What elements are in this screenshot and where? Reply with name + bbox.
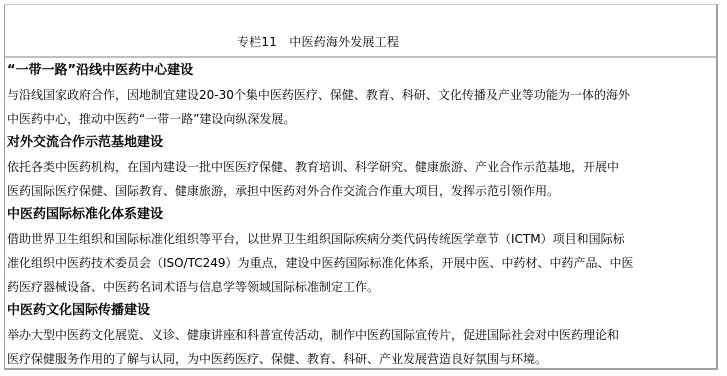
paragraph-line: 举办大型中医药文化展览、义诊、健康讲座和科普宣传活动，制作中医药国际宣传片，促进… (7, 323, 712, 347)
section-belt-and-road-centers: “一带一路”沿线中医药中心建设 与沿线国家政府合作，因地制宜建设20-30个集中… (7, 59, 712, 131)
column-body: “一带一路”沿线中医药中心建设 与沿线国家政府合作，因地制宜建设20-30个集中… (7, 59, 712, 371)
paragraph-line: 中医药中心，推动中医药“一带一路”建设向纵深发展。 (7, 107, 712, 131)
paragraph-line: 准化组织中医药技术委员会（ISO/TC249）为重点，建设中医药国际标准化体系，… (7, 251, 712, 275)
paragraph-line: 与沿线国家政府合作，因地制宜建设20-30个集中医药医疗、保健、教育、科研、文化… (7, 83, 712, 107)
paragraph-line: 医药国际医疗保健、国际教育、健康旅游，承担中医药对外合作交流合作重大项目，发挥示… (7, 179, 712, 203)
paragraph-line: 依托各类中医药机构，在国内建设一批中医医疗保健、教育培训、科学研究、健康旅游、产… (7, 155, 712, 179)
paragraph-line: 药医疗器械设备、中医药名词术语与信息学等领域国际标准制定工作。 (7, 275, 712, 299)
section-title: 中医药国际标准化体系建设 (7, 203, 712, 227)
section-title: “一带一路”沿线中医药中心建设 (7, 59, 712, 83)
column-title: 专栏11 中医药海外发展工程 (237, 35, 399, 49)
section-title: 对外交流合作示范基地建设 (7, 131, 712, 155)
section-cultural-dissemination: 中医药文化国际传播建设 举办大型中医药文化展览、义诊、健康讲座和科普宣传活动，制… (7, 299, 712, 371)
column-header: 专栏11 中医药海外发展工程 (5, 5, 716, 58)
section-title: 中医药文化国际传播建设 (7, 299, 712, 323)
section-standardization: 中医药国际标准化体系建设 借助世界卫生组织和国际标准化组织等平台，以世界卫生组织… (7, 203, 712, 299)
paragraph-line: 医疗保健服务作用的了解与认同，为中医药医疗、保健、教育、科研、产业发展营造良好氛… (7, 347, 712, 371)
column-box: 专栏11 中医药海外发展工程 “一带一路”沿线中医药中心建设 与沿线国家政府合作… (4, 4, 718, 370)
section-demonstration-bases: 对外交流合作示范基地建设 依托各类中医药机构，在国内建设一批中医医疗保健、教育培… (7, 131, 712, 203)
paragraph-line: 借助世界卫生组织和国际标准化组织等平台，以世界卫生组织国际疾病分类代码传统医学章… (7, 227, 712, 251)
